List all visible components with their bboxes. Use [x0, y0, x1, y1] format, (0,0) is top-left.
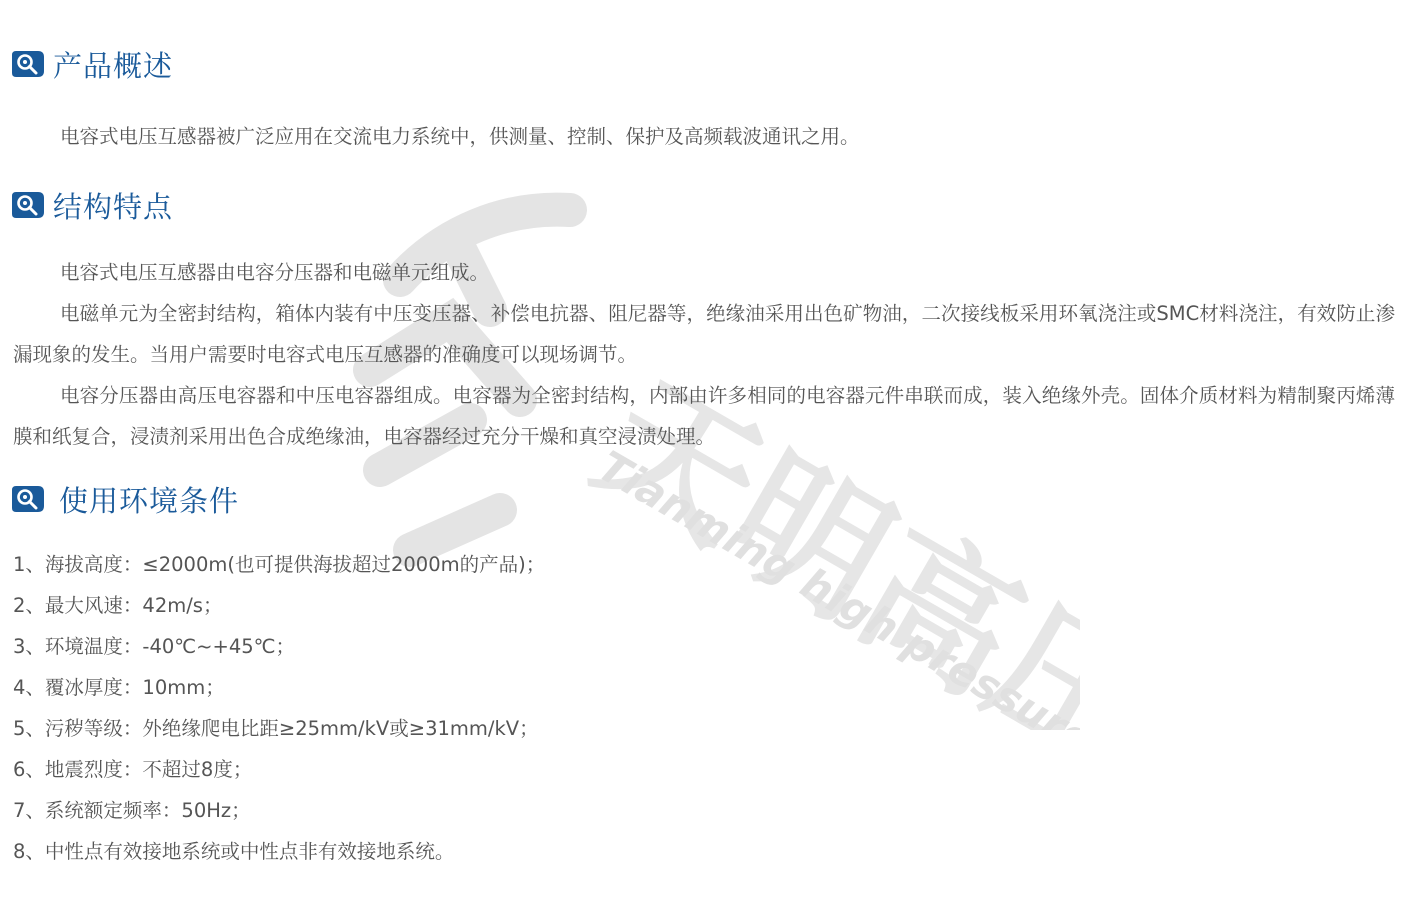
list-item-pollution-level: 5、污秽等级：外绝缘爬电比距≥25mm/kV或≥31mm/kV；	[13, 708, 539, 749]
list-item-wind-speed: 2、最大风速：42m/s；	[13, 585, 222, 626]
list-item-temperature: 3、环境温度：-40℃~+45℃；	[13, 626, 295, 667]
section-heading-overview: 产品概述	[12, 44, 173, 84]
list-item-ice-thickness: 4、覆冰厚度：10mm；	[13, 667, 225, 708]
magnifier-icon	[12, 486, 44, 512]
paragraph: 电容式电压互感器由电容分压器和电磁单元组成。	[13, 252, 1395, 293]
section-title: 使用环境条件	[59, 479, 239, 520]
list-item-altitude: 1、海拔高度：≤2000m(也可提供海拔超过2000m的产品)；	[13, 544, 545, 585]
list-item-grounding: 8、中性点有效接地系统或中性点非有效接地系统。	[13, 831, 454, 872]
magnifier-icon	[12, 51, 44, 77]
section-title: 产品概述	[53, 44, 173, 85]
paragraph: 电容式电压互感器被广泛应用在交流电力系统中，供测量、控制、保护及高频载波通讯之用…	[13, 116, 1395, 157]
list-item-seismic-intensity: 6、地震烈度：不超过8度；	[13, 749, 252, 790]
magnifier-icon	[12, 192, 44, 218]
list-item-frequency: 7、系统额定频率：50Hz；	[13, 790, 251, 831]
paragraph: 电磁单元为全密封结构，箱体内装有中压变压器、补偿电抗器、阻尼器等，绝缘油采用出色…	[13, 293, 1395, 375]
paragraph: 电容分压器由高压电容器和中压电容器组成。电容器为全密封结构，内部由许多相同的电容…	[13, 375, 1395, 457]
section-heading-structure: 结构特点	[12, 185, 173, 225]
section-title: 结构特点	[53, 185, 173, 226]
watermark-en: Tianming high pressure	[590, 441, 1080, 730]
section-heading-environment: 使用环境条件	[12, 479, 239, 519]
